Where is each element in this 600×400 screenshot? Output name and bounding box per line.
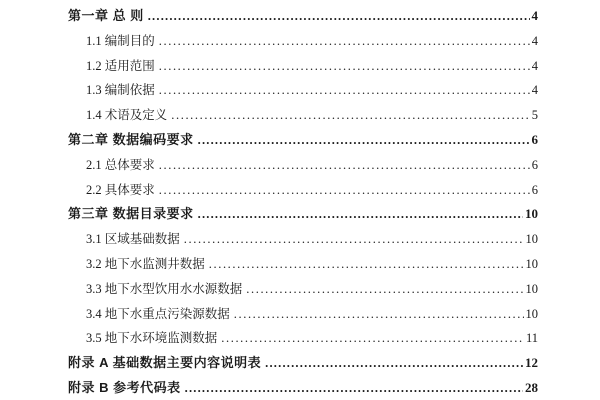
toc-entry-label: 2.1 总体要求	[86, 153, 159, 178]
document-page: 第一章 总 则.................................…	[0, 0, 600, 400]
toc-entry-label: 附录 A 基础数据主要内容说明表	[68, 351, 265, 376]
toc-entry-label: 1.1 编制目的	[86, 29, 159, 54]
toc-leader-dots: ........................................…	[198, 128, 530, 153]
toc-entry-label: 第一章 总 则	[68, 4, 148, 29]
toc-entry-page: 28	[523, 376, 538, 400]
toc-entry-label: 附录 B 参考代码表	[68, 376, 185, 400]
toc-leader-dots: ........................................…	[171, 103, 529, 128]
toc-entry-page: 10	[524, 252, 539, 277]
toc-entry[interactable]: 3.5 地下水环境监测数据...........................…	[0, 326, 538, 351]
toc-entry[interactable]: 第三章 数据目录要求..............................…	[0, 202, 538, 227]
toc-entry[interactable]: 1.3 编制依据................................…	[0, 78, 538, 103]
toc-entry[interactable]: 附录 B 参考代码表..............................…	[0, 376, 538, 400]
toc-entry[interactable]: 第二章 数据编码要求..............................…	[0, 128, 538, 153]
toc-leader-dots: ........................................…	[265, 351, 523, 376]
toc-entry[interactable]: 1.1 编制目的................................…	[0, 29, 538, 54]
toc-entry-label: 1.3 编制依据	[86, 78, 159, 103]
toc-entry[interactable]: 3.1 区域基础数据..............................…	[0, 227, 538, 252]
toc-entry-page: 4	[530, 29, 538, 54]
toc-entry-page: 5	[530, 103, 538, 128]
toc-entry-page: 12	[523, 351, 538, 376]
toc-leader-dots: ........................................…	[221, 326, 524, 351]
toc-entry-page: 4	[530, 54, 538, 79]
toc-entry-label: 第三章 数据目录要求	[68, 202, 198, 227]
toc-leader-dots: ........................................…	[159, 78, 530, 103]
toc-entry-label: 3.5 地下水环境监测数据	[86, 326, 221, 351]
toc-entry-label: 1.4 术语及定义	[86, 103, 171, 128]
toc-entry[interactable]: 1.4 术语及定义...............................…	[0, 103, 538, 128]
toc: 第一章 总 则.................................…	[0, 4, 538, 400]
toc-entry-label: 3.3 地下水型饮用水水源数据	[86, 277, 246, 302]
toc-entry-page: 10	[523, 202, 538, 227]
toc-leader-dots: ........................................…	[185, 376, 523, 400]
toc-entry[interactable]: 第一章 总 则.................................…	[0, 4, 538, 29]
toc-leader-dots: ........................................…	[209, 252, 524, 277]
toc-entry[interactable]: 3.4 地下水重点污染源数据..........................…	[0, 302, 538, 327]
toc-entry-page: 10	[524, 302, 539, 327]
toc-leader-dots: ........................................…	[198, 202, 523, 227]
toc-entry[interactable]: 附录 A 基础数据主要内容说明表........................…	[0, 351, 538, 376]
toc-leader-dots: ........................................…	[159, 54, 530, 79]
toc-entry-label: 3.4 地下水重点污染源数据	[86, 302, 234, 327]
toc-leader-dots: ........................................…	[159, 29, 530, 54]
toc-entry-label: 3.1 区域基础数据	[86, 227, 184, 252]
toc-entry-page: 6	[530, 128, 539, 153]
toc-leader-dots: ........................................…	[159, 153, 530, 178]
toc-entry-page: 11	[524, 326, 538, 351]
toc-entry[interactable]: 2.2 具体要求................................…	[0, 178, 538, 203]
toc-entry-label: 2.2 具体要求	[86, 178, 159, 203]
toc-entry-label: 3.2 地下水监测井数据	[86, 252, 209, 277]
toc-leader-dots: ........................................…	[159, 178, 530, 203]
toc-entry-page: 10	[524, 227, 539, 252]
toc-entry-page: 4	[530, 4, 539, 29]
toc-entry[interactable]: 3.3 地下水型饮用水水源数据.........................…	[0, 277, 538, 302]
toc-entry-label: 第二章 数据编码要求	[68, 128, 198, 153]
toc-leader-dots: ........................................…	[184, 227, 524, 252]
toc-entry[interactable]: 3.2 地下水监测井数据............................…	[0, 252, 538, 277]
toc-entry-page: 4	[530, 78, 538, 103]
toc-entry-label: 1.2 适用范围	[86, 54, 159, 79]
toc-leader-dots: ........................................…	[246, 277, 523, 302]
toc-leader-dots: ........................................…	[148, 4, 530, 29]
toc-entry-page: 6	[530, 153, 538, 178]
toc-entry-page: 6	[530, 178, 538, 203]
toc-entry[interactable]: 2.1 总体要求................................…	[0, 153, 538, 178]
toc-entry[interactable]: 1.2 适用范围................................…	[0, 54, 538, 79]
toc-entry-page: 10	[524, 277, 539, 302]
toc-leader-dots: ........................................…	[234, 302, 524, 327]
